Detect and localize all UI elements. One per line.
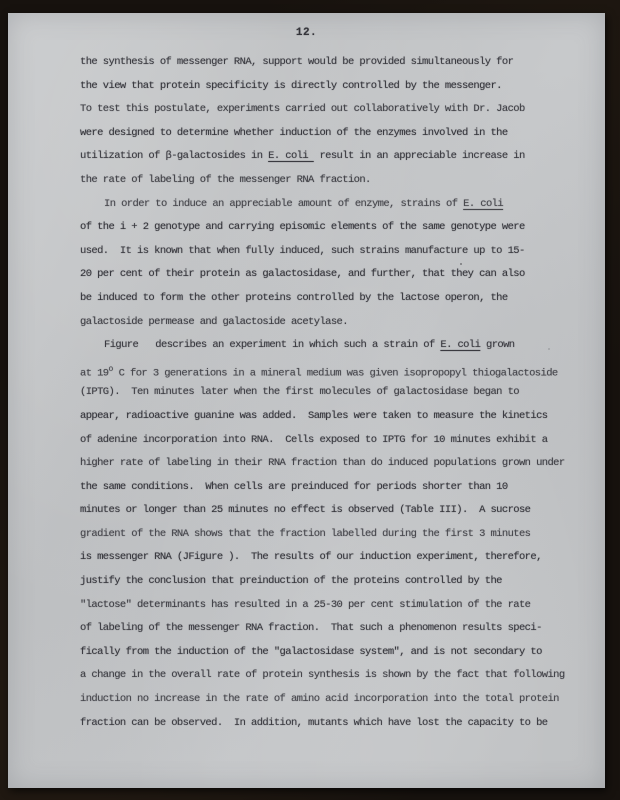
text-line: In order to induce an appreciable amount… [80, 193, 580, 217]
text-line: galactoside permease and galactoside ace… [80, 311, 580, 335]
text-segment: the synthesis of messenger RNA, support … [80, 56, 513, 68]
text-line: were designed to determine whether induc… [80, 122, 580, 146]
text-segment: "lactose" determinants has resulted in a… [80, 599, 530, 611]
text-segment: Figure describes an experiment in which … [104, 339, 440, 351]
page-text: the synthesis of messenger RNA, support … [80, 51, 580, 735]
text-segment: result in an appreciable increase in [314, 150, 525, 162]
text-segment: the view that protein specificity is dir… [80, 80, 502, 92]
paper-speck [343, 388, 345, 389]
text-segment: of the i + 2 genotype and carrying episo… [80, 221, 525, 233]
text-line: To test this postulate, experiments carr… [80, 98, 580, 122]
text-line: at 19o C for 3 generations in a mineral … [80, 358, 580, 382]
text-line: 20 per cent of their protein as galactos… [80, 263, 580, 287]
text-line: the rate of labeling of the messenger RN… [80, 169, 580, 193]
text-segment: utilization of β-galactosides in [80, 150, 268, 162]
paper-speck [548, 348, 550, 350]
text-segment: fraction can be observed. In addition, m… [80, 717, 548, 729]
text-segment: were designed to determine whether induc… [80, 127, 508, 139]
text-line: of labeling of the messenger RNA fractio… [80, 617, 580, 641]
text-segment: the same conditions. When cells are prei… [80, 481, 508, 493]
text-segment: is messenger RNA (JFigure ). The results… [80, 551, 542, 563]
text-segment: appear, radioactive guanine was added. S… [80, 410, 548, 422]
text-segment: justify the conclusion that preinduction… [80, 575, 502, 587]
text-segment: of adenine incorporation into RNA. Cells… [80, 434, 548, 446]
text-line: the view that protein specificity is dir… [80, 75, 580, 99]
text-segment: minutes or longer than 25 minutes no eff… [80, 504, 530, 516]
text-segment: gradient of the RNA shows that the fract… [80, 528, 530, 540]
text-segment: the rate of labeling of the messenger RN… [80, 174, 371, 186]
text-line: be induced to form the other proteins co… [80, 287, 580, 311]
text-line: the synthesis of messenger RNA, support … [80, 51, 580, 75]
text-segment: C for 3 generations in a mineral medium … [113, 367, 558, 379]
text-line: fically from the induction of the "galac… [80, 641, 580, 665]
text-line: of the i + 2 genotype and carrying episo… [80, 216, 580, 240]
text-line: of adenine incorporation into RNA. Cells… [80, 429, 580, 453]
text-segment: galactoside permease and galactoside ace… [80, 316, 348, 328]
text-line: the same conditions. When cells are prei… [80, 476, 580, 500]
underlined-text: E. coli [268, 150, 314, 162]
text-segment: at 19 [80, 367, 109, 379]
text-segment: of labeling of the messenger RNA fractio… [80, 622, 542, 634]
text-segment: induction no increase in the rate of ami… [80, 693, 559, 705]
text-line: justify the conclusion that preinduction… [80, 570, 580, 594]
text-line: appear, radioactive guanine was added. S… [80, 405, 580, 429]
text-segment: To test this postulate, experiments carr… [80, 103, 525, 115]
text-segment: fically from the induction of the "galac… [80, 646, 542, 658]
underlined-text: E. coli [440, 339, 480, 351]
text-line: a change in the overall rate of protein … [80, 664, 580, 688]
text-line: induction no increase in the rate of ami… [80, 688, 580, 712]
text-segment: higher rate of labeling in their RNA fra… [80, 457, 565, 469]
text-line: utilization of β-galactosides in E. coli… [80, 145, 580, 169]
text-line: (IPTG). Ten minutes later when the first… [80, 381, 580, 405]
text-line: minutes or longer than 25 minutes no eff… [80, 499, 580, 523]
text-segment: used. It is known that when fully induce… [80, 245, 525, 257]
text-line: Figure describes an experiment in which … [80, 334, 580, 358]
text-line: "lactose" determinants has resulted in a… [80, 594, 580, 618]
text-segment: In order to induce an appreciable amount… [104, 198, 463, 210]
text-segment: 20 per cent of their protein as galactos… [80, 268, 525, 280]
text-line: is messenger RNA (JFigure ). The results… [80, 546, 580, 570]
text-segment: a change in the overall rate of protein … [80, 669, 565, 681]
text-segment: be induced to form the other proteins co… [80, 292, 508, 304]
text-segment: grown [480, 339, 514, 351]
paper-speck [460, 263, 462, 265]
underlined-text: E. coli [463, 198, 503, 210]
text-line: used. It is known that when fully induce… [80, 240, 580, 264]
text-line: gradient of the RNA shows that the fract… [80, 523, 580, 547]
text-line: higher rate of labeling in their RNA fra… [80, 452, 580, 476]
text-segment: (IPTG). Ten minutes later when the first… [80, 386, 519, 398]
page-number: 12. [8, 27, 605, 39]
text-line: fraction can be observed. In addition, m… [80, 712, 580, 736]
document-page: 12. the synthesis of messenger RNA, supp… [8, 13, 605, 788]
scan-background: 12. the synthesis of messenger RNA, supp… [0, 0, 620, 800]
